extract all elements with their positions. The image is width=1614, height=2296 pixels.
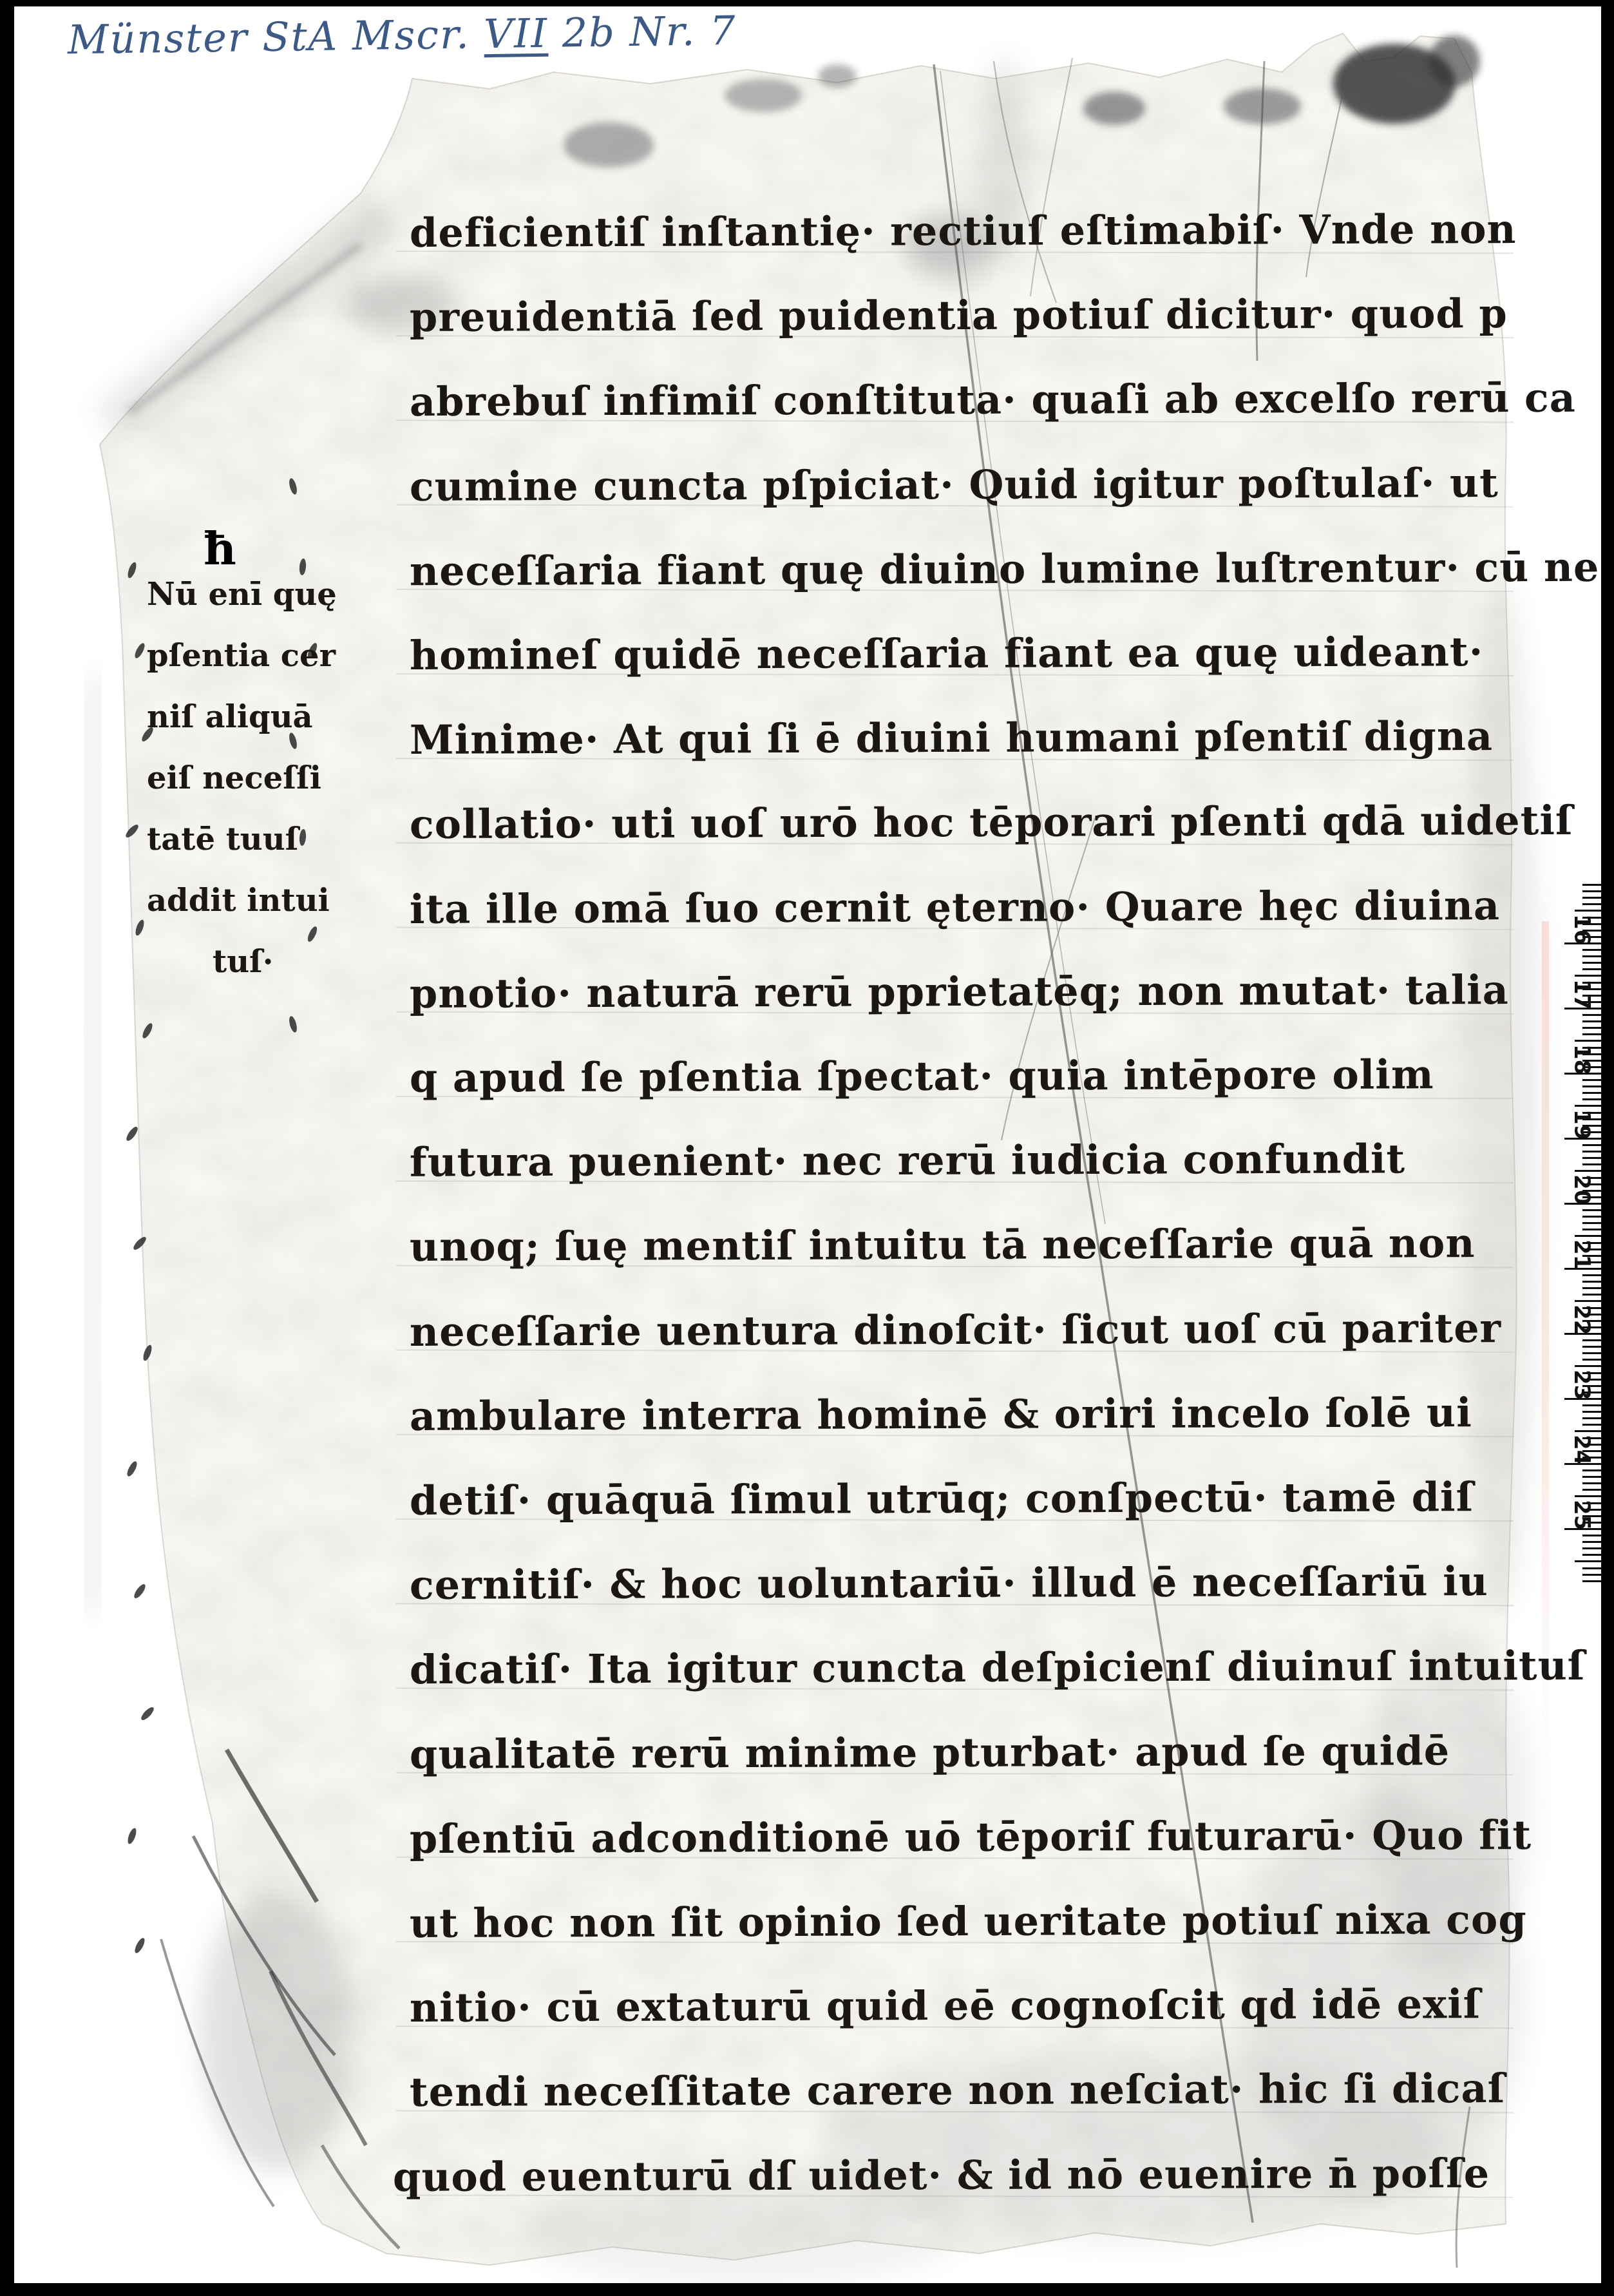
gloss-line: tuſ· (213, 944, 273, 980)
text-line: ita ille omā ſuo cernit ęterno· Quare hę… (410, 882, 1500, 933)
text-line: cumine cuncta pſpiciat· Quid igitur poſt… (410, 459, 1499, 510)
gloss-line: tatē tuuſ (147, 821, 298, 857)
manuscript-scan-page: Münster StA Mscr. VII 2b Nr. 7 deficient… (0, 0, 1614, 2296)
shelfmark-suffix: 2b Nr. 7 (562, 7, 737, 57)
text-line: unoq; ſuę mentiſ intuitu tā neceſſarie q… (410, 1220, 1476, 1271)
text-line: qualitatē rerū minime pturbat· apud ſe q… (410, 1727, 1450, 1778)
text-line: ut hoc non ſit opinio ſed ueritate potiu… (410, 1896, 1527, 1947)
scan-border-left (0, 0, 14, 2296)
shelfmark-numeral: VII (484, 10, 549, 57)
text-line: nitio· cū extaturū quid eē cognoſcit qd … (410, 1980, 1481, 2031)
gloss-line: Nū enī quę (147, 577, 337, 613)
text-line: quod euenturū dſ uidet· & id nō euenire … (393, 2150, 1490, 2201)
gloss-line: pſentia cer (147, 638, 336, 674)
text-line: collatio· uti uoſ urō hoc tēporari pſent… (410, 797, 1573, 848)
text-line: pnotio· naturā rerū pprietatēq; non muta… (410, 966, 1509, 1017)
text-line: neceſſaria fiant quę diuino lumine luſtr… (410, 544, 1600, 595)
text-line: dicatiſ· Ita igitur cuncta deſpicienſ di… (410, 1642, 1586, 1693)
text-line: neceſſarie uentura dinoſcit· ſicut uoſ c… (410, 1305, 1501, 1355)
scan-border-right (1601, 0, 1614, 2296)
scan-border-bottom (0, 2283, 1614, 2296)
gloss-line: addit intui (147, 883, 330, 919)
scan-border-top (0, 0, 1614, 6)
archival-shelfmark-note: Münster StA Mscr. VII 2b Nr. 7 (68, 7, 737, 63)
text-line: homineſ quidē neceſſaria fiant ea quę ui… (410, 628, 1483, 679)
insertion-sign: ħ (204, 522, 236, 575)
text-line: cernitiſ· & hoc uoluntariū· illud ē nece… (410, 1558, 1488, 1609)
text-line: futura puenient· nec rerū iudicia confun… (410, 1135, 1405, 1185)
text-line: deficientiſ inſtantię· rectiuſ eſtimabiſ… (410, 206, 1517, 256)
text-line: pſentiū adconditionē uō tēporiſ futurarū… (410, 1812, 1532, 1862)
text-line: Minime· At qui ſi ē diuini humani pſenti… (410, 713, 1493, 763)
text-line: tendi neceſſitate carere non neſciat· hi… (410, 2065, 1506, 2116)
text-line: preuidentiā ſed puidentia potiuſ dicitur… (410, 290, 1508, 341)
shelfmark-prefix: Münster StA Mscr. (68, 11, 471, 64)
gloss-line: niſ aliquā (147, 699, 313, 735)
gloss-line: eiſ neceſſi (147, 760, 321, 796)
text-line: abrebuſ infimiſ conſtituta· quaſi ab exc… (410, 374, 1576, 425)
text-line: ambulare interra hominē & oriri incelo ſ… (410, 1389, 1472, 1440)
marginal-gloss: ħ Nū enī quępſentia cerniſ aliquāeiſ nec… (0, 0, 451, 1095)
text-line: detiſ· quāquā ſimul utrūq; conſpectū· ta… (410, 1473, 1474, 1524)
text-line: q apud ſe pſentia ſpectat· quia intēpore… (410, 1051, 1434, 1102)
